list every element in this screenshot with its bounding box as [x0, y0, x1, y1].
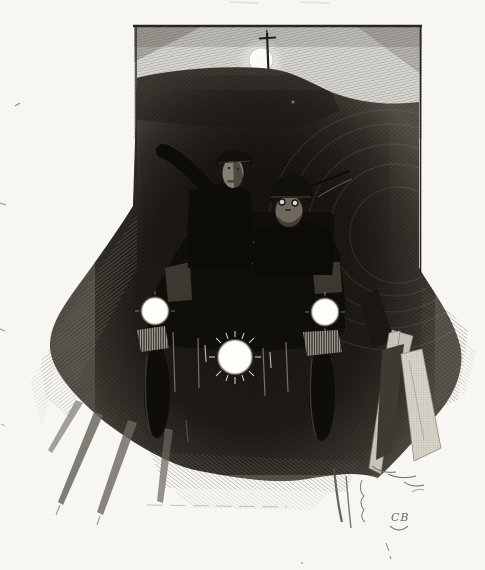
artist-monogram-text: CB [391, 511, 410, 524]
goggle-left [279, 199, 285, 205]
illustration-plate: CB [0, 0, 485, 570]
left-wing-highlight [165, 262, 192, 302]
scanned-book-page: CB [0, 0, 485, 570]
goggle-right [292, 200, 298, 206]
